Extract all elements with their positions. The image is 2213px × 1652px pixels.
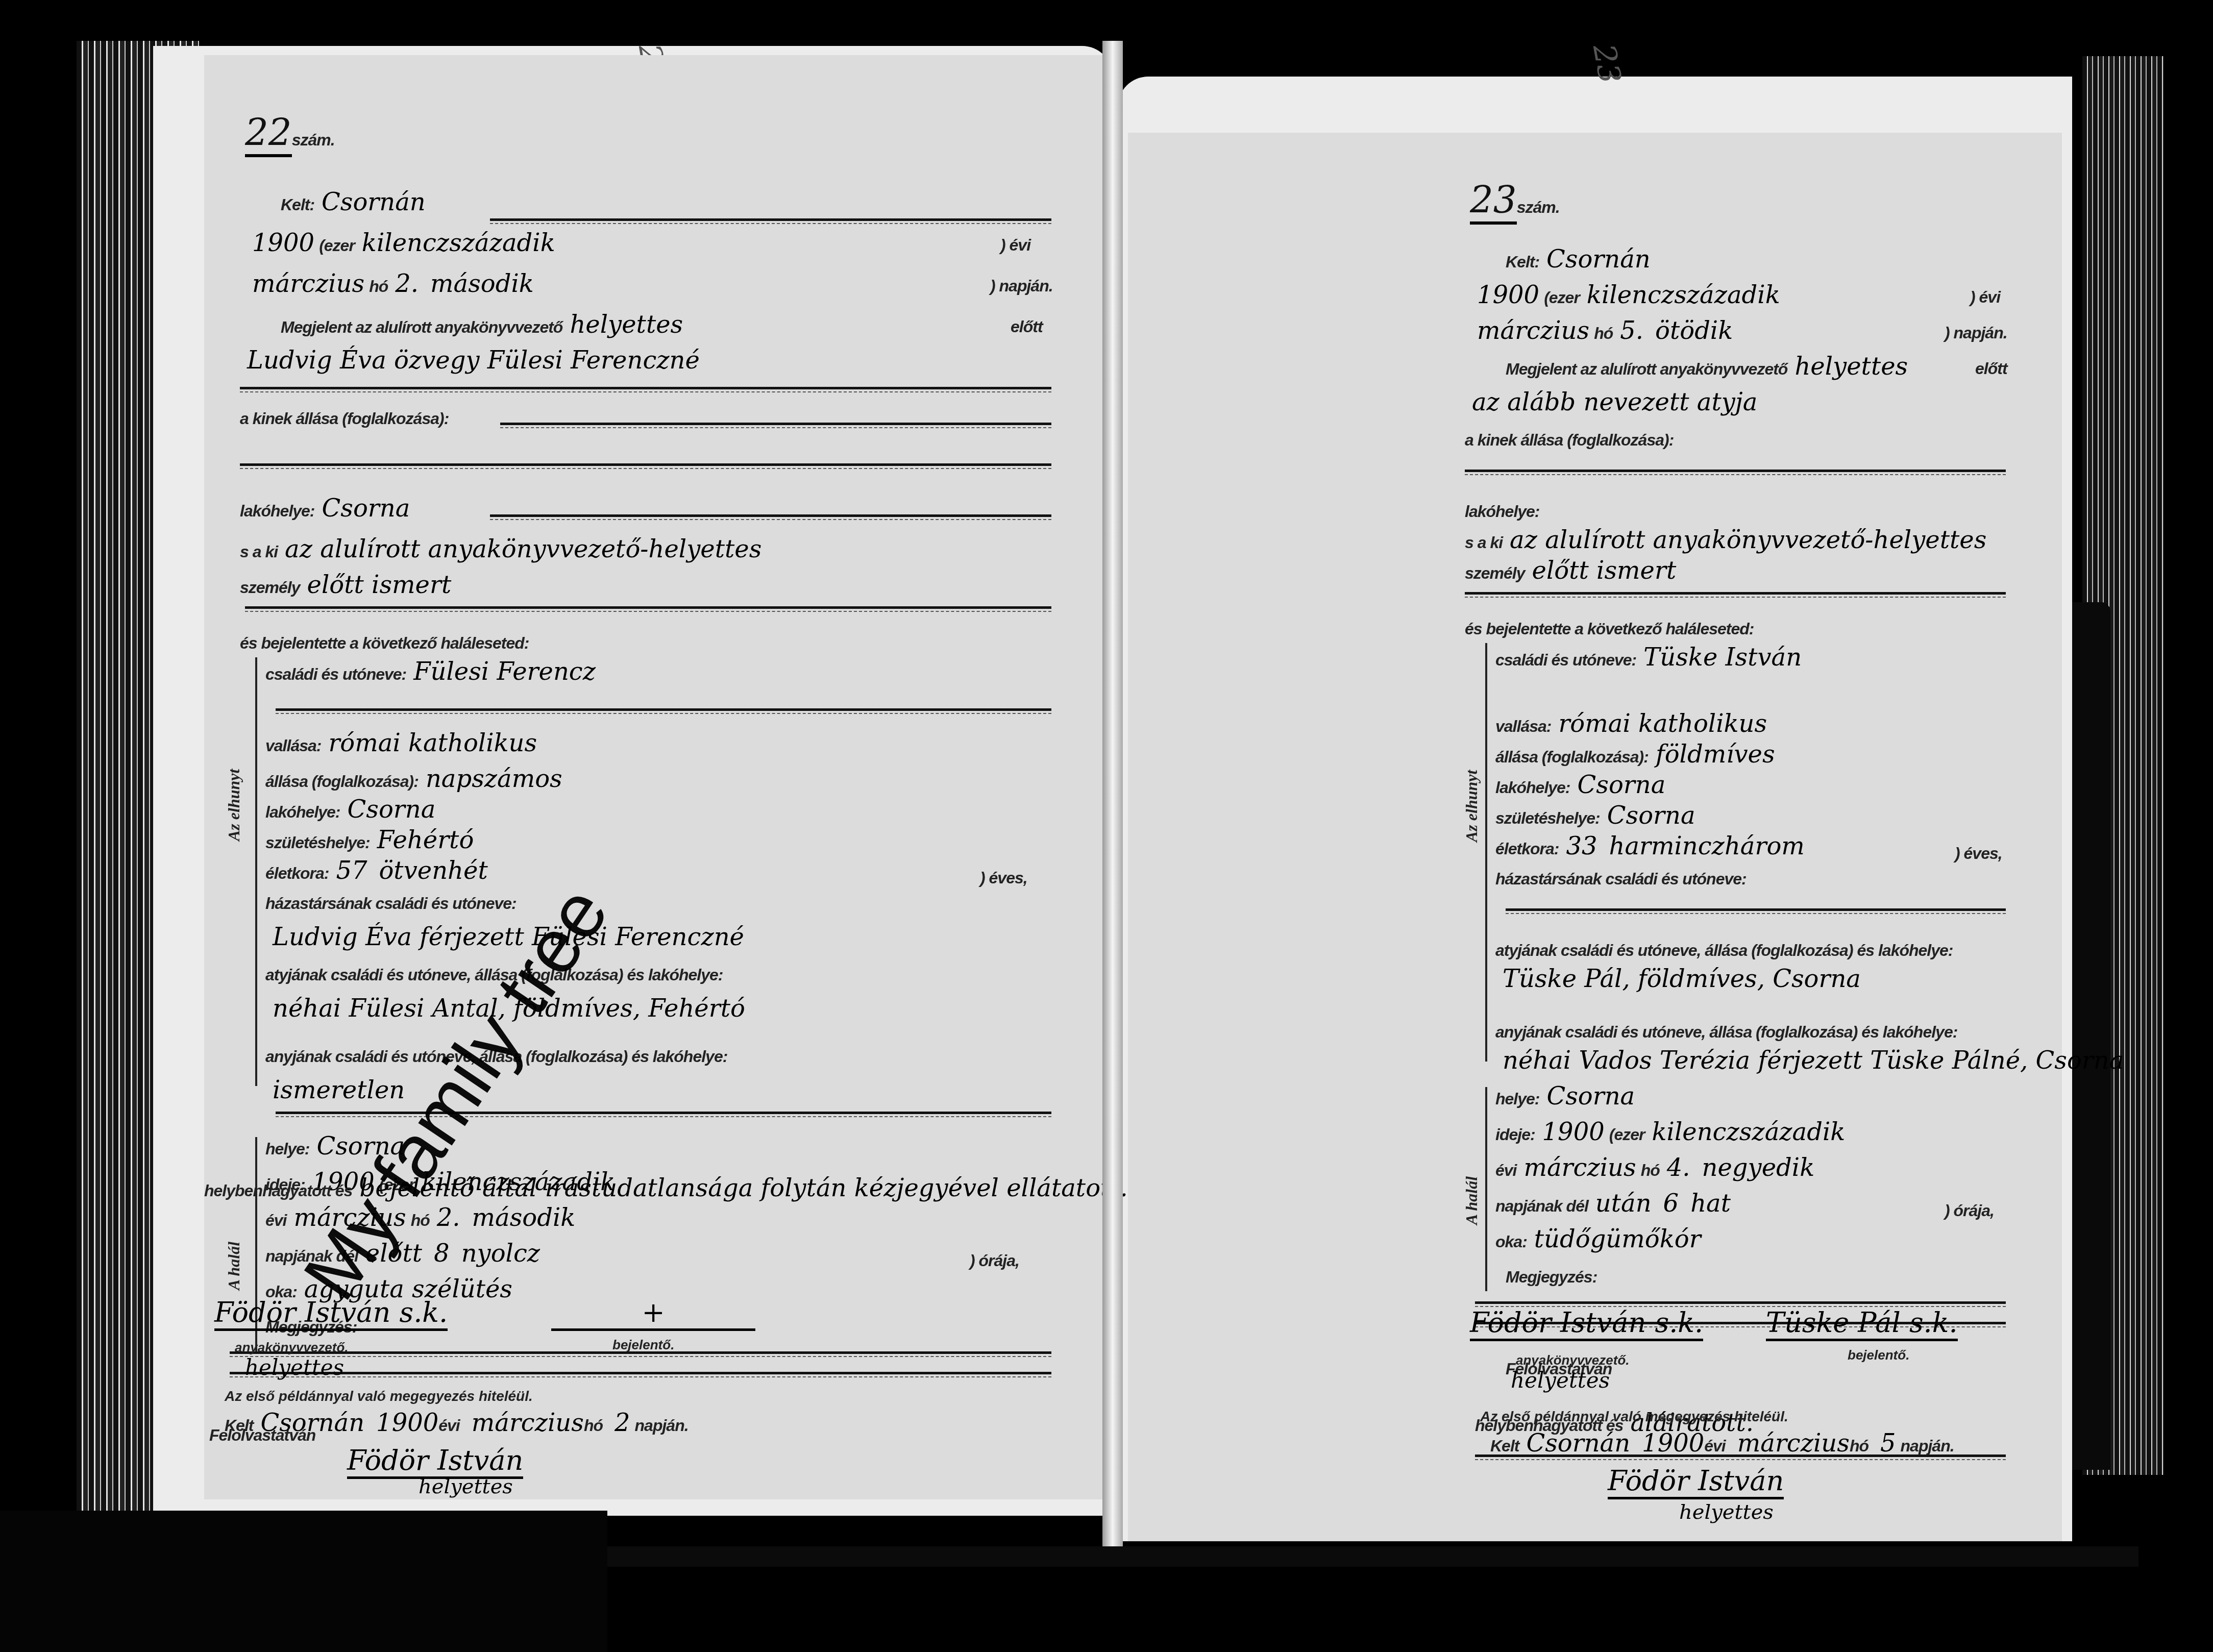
- residence-field: lakóhelye:: [1465, 500, 1540, 522]
- death-place-field: helye:Csorna: [1495, 1082, 1635, 1111]
- certification-text-right: Az első példánnyal való megegyezés hitel…: [1480, 1409, 1788, 1425]
- certifier-signature-right: Födör István: [1608, 1465, 1784, 1499]
- approval-field-left: helybenhagyatott ésbejelentő által írást…: [204, 1174, 1128, 1202]
- religion-field: vallása:római katholikus: [1495, 709, 1767, 738]
- death-cause-field: oka:tüdőgümőkór: [1495, 1225, 1701, 1253]
- death-brace: [1485, 1087, 1487, 1291]
- mother-field: anyjának családi és utóneve, állása (fog…: [1495, 1021, 1957, 1042]
- spouse-field: házastársának családi és utóneve:: [1495, 868, 1747, 889]
- record-number: 23szám.: [1470, 179, 1560, 221]
- announcement-field: és bejelentette a következő haláleseted:: [240, 632, 529, 653]
- appeared-person: az alább nevezett atyja: [1465, 388, 1757, 416]
- deceased-residence-field: lakóhelye:Csorna: [1495, 771, 1665, 799]
- section-label-deceased: Az elhunyt: [1462, 770, 1481, 842]
- death-date-field: évimárczius hó4. negyedik: [1495, 1153, 1814, 1182]
- death-time-field: napjának délután 6 hat: [1495, 1189, 1731, 1218]
- deceased-brace: [1485, 643, 1487, 1062]
- left-page: 22 22szám. Kelt:Csornán 1900 (ezerkilenc…: [153, 46, 1113, 1516]
- age-field: életkora:57 ötvenhét: [265, 856, 488, 885]
- occupation-field: a kinek állása (foglalkozása):: [1465, 429, 1674, 450]
- month-day-field: márczius hó5. ötödik: [1470, 316, 1733, 345]
- registrar-field: Megjelent az alulírott anyakönyvvezetőhe…: [1506, 352, 1908, 381]
- residence-field: lakóhelye:Csorna: [240, 494, 410, 523]
- deceased-brace: [255, 657, 257, 1086]
- book-bottom-edge: [607, 1546, 2138, 1567]
- page-number-right: 23: [1586, 41, 1628, 86]
- section-label-deceased: Az elhunyt: [225, 769, 243, 841]
- scanner-clamp: [0, 1511, 607, 1652]
- certification-text-left: Az első példánnyal való megegyezés hitel…: [225, 1388, 533, 1404]
- birthplace-field: születéshelye:Csorna: [1495, 801, 1695, 830]
- known-by-field: s a kiaz alulírott anyakönyvvezető-helye…: [240, 535, 761, 563]
- rule: [490, 218, 1051, 224]
- age-field: életkora:33 harminczhárom: [1495, 832, 1805, 860]
- section-label-death: A halál: [1462, 1176, 1481, 1225]
- section-label-death: A halál: [225, 1242, 243, 1290]
- deceased-name-field: családi és utóneve:Tüske István: [1495, 643, 1802, 672]
- kelt-field: Kelt:Csornán: [1506, 245, 1651, 274]
- registrar-signature-right: Födör István s.k.: [1470, 1306, 1703, 1341]
- month-day-field: márczius hó2. második: [245, 269, 534, 298]
- kelt-field: Kelt:Csornán: [281, 188, 426, 216]
- occupation-field: a kinek állása (foglalkozása):: [240, 407, 449, 429]
- book-gutter: [1102, 41, 1123, 1546]
- father-field: atyjának családi és utóneve, állása (fog…: [1495, 939, 1953, 960]
- certifier-signature-left: Födör István: [347, 1444, 523, 1479]
- known-by-field: s a kiaz alulírott anyakönyvvezető-helye…: [1465, 526, 1986, 554]
- spouse-field: házastársának családi és utóneve:: [265, 892, 517, 914]
- deceased-name-field: családi és utóneve:Fülesi Ferencz: [265, 657, 596, 686]
- deceased-residence-field: lakóhelye:Csorna: [265, 795, 435, 824]
- registrar-signature-left: Födör István s.k.: [214, 1296, 448, 1331]
- deceased-occupation-field: állása (foglalkozása):földmíves: [1495, 740, 1775, 769]
- year-field: 1900 (ezerkilenczszázadik: [245, 229, 555, 257]
- record-number: 22szám.: [245, 111, 335, 154]
- year-field: 1900 (ezerkilenczszázadik: [1470, 281, 1780, 309]
- certification-date-right: KeltCsornán 1900évi márcziushó 5 napján.: [1490, 1429, 1954, 1458]
- birthplace-field: születéshelye:Fehértó: [265, 826, 474, 854]
- religion-field: vallása:római katholikus: [265, 729, 537, 757]
- informant-mark-left: +: [551, 1296, 755, 1331]
- deceased-occupation-field: állása (foglalkozása):napszámos: [265, 765, 562, 793]
- registrar-field: Megjelent az alulírott anyakönyvvezetőhe…: [281, 310, 683, 339]
- announcement-field: és bejelentette a következő haláleseted:: [1465, 618, 1754, 639]
- informant-signature-right: Tüske Pál s.k.: [1766, 1306, 1958, 1341]
- remarks-field: Megjegyzés:: [1506, 1266, 1597, 1287]
- death-year-field: ideje:1900 (ezerkilenczszázadik: [1495, 1118, 1845, 1146]
- appeared-person: Ludvig Éva özvegy Fülesi Ferenczné: [240, 346, 700, 375]
- certification-date-left: KeltCsornán 1900évi márcziushó 2 napján.: [225, 1409, 689, 1437]
